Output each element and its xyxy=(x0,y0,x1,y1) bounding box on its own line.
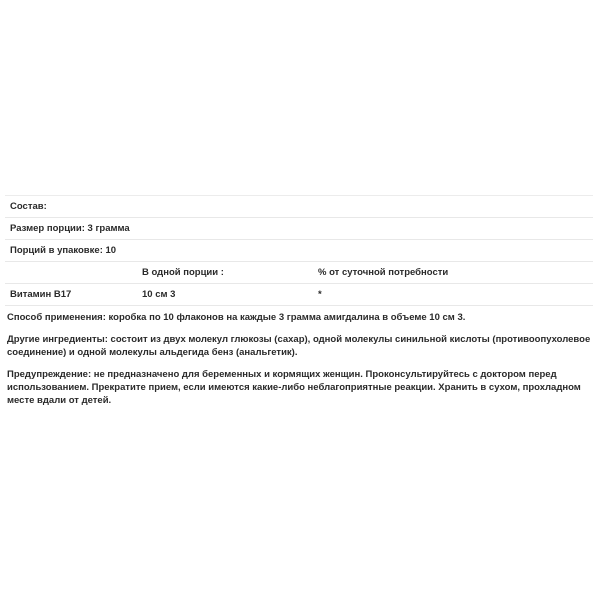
serving-size: Размер порции: 3 грамма xyxy=(5,223,130,234)
serving-size-row: Размер порции: 3 грамма xyxy=(5,218,593,240)
table-header-row: В одной порции : % от суточной потребнос… xyxy=(5,262,593,284)
table-row: Витамин B17 10 см 3 * xyxy=(5,284,593,306)
other-ingredients-text: Другие ингредиенты: состоит из двух моле… xyxy=(7,333,597,359)
header-per-serving: В одной порции : xyxy=(142,267,318,278)
nutrient-daily-value: * xyxy=(318,289,593,300)
composition-row: Состав: xyxy=(5,196,593,218)
composition-label: Состав: xyxy=(5,201,47,212)
header-daily-value: % от суточной потребности xyxy=(318,267,593,278)
servings-per-package: Порций в упаковке: 10 xyxy=(5,245,116,256)
warning-text: Предупреждение: не предназначено для бер… xyxy=(7,368,597,407)
usage-text: Способ применения: коробка по 10 флаконо… xyxy=(7,311,597,324)
nutrient-name: Витамин B17 xyxy=(5,289,142,300)
servings-per-package-row: Порций в упаковке: 10 xyxy=(5,240,593,262)
supplement-facts-table: Состав: Размер порции: 3 грамма Порций в… xyxy=(5,195,593,306)
nutrient-amount: 10 см 3 xyxy=(142,289,318,300)
product-notes: Способ применения: коробка по 10 флаконо… xyxy=(7,311,597,416)
